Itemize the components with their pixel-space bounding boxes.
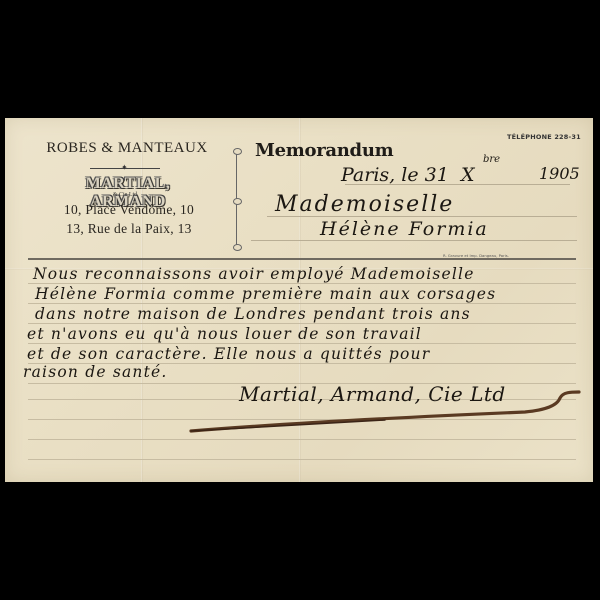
telephone-number: TÉLÉPHONE 228-31 (507, 133, 581, 141)
date-place: Paris, le 31 (341, 164, 449, 186)
recipient-rule (251, 240, 577, 241)
ruled-line (28, 459, 576, 460)
recipient-name: Hélène Formia (320, 218, 489, 240)
address-line-2: 13, Rue de la Paix, 13 (29, 221, 229, 237)
body-line: Hélène Formia comme première main aux co… (35, 285, 496, 303)
memorandum-sheet: ROBES & MANTEAUX ✦ MARTIAL, ARMAND & Cie… (5, 118, 593, 482)
finial-middle-icon (233, 198, 242, 205)
signature-underline-flourish (185, 388, 585, 448)
finial-top-icon (233, 148, 242, 155)
body-line: Nous reconnaissons avoir employé Mademoi… (33, 265, 475, 283)
ornamental-divider (235, 148, 238, 250)
firm-suffix: & Cie Ltd (65, 192, 185, 198)
body-line: dans notre maison de Londres pendant tro… (35, 305, 471, 323)
date-month: X (461, 164, 475, 186)
date-year: 1905 (539, 164, 580, 183)
ruled-line (28, 303, 576, 304)
ruled-line (28, 323, 576, 324)
body-line: raison de santé. (23, 363, 168, 381)
form-title: Memorandum (255, 140, 393, 161)
finial-bottom-icon (233, 244, 242, 251)
salutation: Mademoiselle (275, 192, 454, 217)
address-line-1: 10, Place Vendôme, 10 (29, 202, 229, 218)
ruled-line (28, 283, 576, 284)
date-month-superscript: bre (483, 154, 500, 165)
body-line: et n'avons eu qu'à nous louer de son tra… (27, 325, 422, 343)
body-line: et de son caractère. Elle nous a quittés… (27, 345, 430, 363)
header-divider (28, 258, 576, 260)
ornament-fleuron-icon: ✦ (121, 163, 128, 172)
trade-heading: ROBES & MANTEAUX (37, 140, 217, 157)
ruled-line (28, 343, 576, 344)
